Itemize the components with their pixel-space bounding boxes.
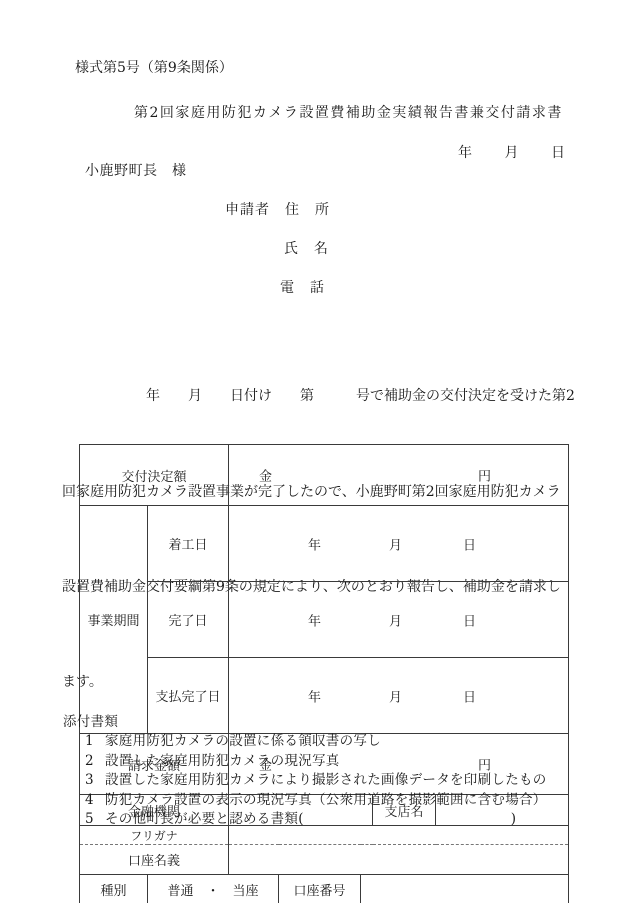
account-name-blank-cell — [229, 845, 569, 875]
applicant-name-label: 氏 名 — [284, 239, 329, 259]
item-number: 3 — [85, 771, 105, 790]
month-unit: 月 — [389, 610, 402, 629]
attachment-item-3: 3設置した家庭用防犯カメラにより撮影された画像データを印刷したもの — [63, 771, 603, 790]
grant-amount-label: 交付決定額 — [80, 445, 229, 506]
item-number: 4 — [85, 791, 105, 810]
account-type-options: 普通 ・ 当座 — [148, 875, 279, 903]
document-title: 第2回家庭用防犯カメラ設置費補助金実績報告書兼交付請求書 — [134, 103, 563, 123]
completion-date-label: 完了日 — [148, 582, 229, 658]
row-completion-date: 完了日 年 月 日 — [80, 582, 569, 658]
row-grant-amount: 交付決定額 金 円 — [80, 445, 569, 506]
account-name-label: 口座名義 — [80, 845, 229, 875]
document-page: { "colors": { "text": "#1a1a1a", "table_… — [0, 0, 630, 903]
form-number: 様式第5号（第9条関係） — [75, 58, 233, 78]
yen-prefix: 金 — [259, 466, 272, 485]
attachment-item-5: 5その他町長が必要と認める書類( ) — [63, 810, 603, 829]
account-number-label: 口座番号 — [279, 875, 361, 903]
addressee-mayor: 小鹿野町長 様 — [85, 161, 187, 181]
attachment-item-4: 4防犯カメラ設置の表示の現況写真（公衆用道路を撮影範囲に含む場合） — [63, 791, 603, 810]
grant-amount-value-cell: 金 円 — [229, 445, 569, 506]
item-text: 設置した家庭用防犯カメラの現況写真 — [105, 753, 340, 769]
item-text: 家庭用防犯カメラの設置に係る領収書の写し — [105, 733, 381, 749]
item-number: 2 — [85, 752, 105, 771]
date-placeholder-line: 年 月 日 — [458, 143, 567, 163]
start-date-value-cell: 年 月 日 — [229, 506, 569, 582]
item-text: その他町長が必要と認める書類( ) — [105, 811, 516, 827]
applicant-phone-label: 電 話 — [280, 278, 325, 298]
account-type-label: 種別 — [80, 875, 148, 903]
body-line-1: 年 月 日付け 第 号で補助金の交付決定を受けた第2 — [62, 381, 574, 413]
year-unit: 年 — [308, 610, 321, 629]
yen-suffix: 円 — [478, 466, 491, 485]
item-number: 1 — [85, 732, 105, 751]
applicant-address-label: 申請者 住 所 — [225, 200, 330, 220]
payment-request-table: 交付決定額 金 円 事業期間 着工日 年 月 日 完了日 年 月 日 支払完了日 — [79, 444, 569, 903]
day-unit: 日 — [463, 610, 476, 629]
item-text: 防犯カメラ設置の表示の現況写真（公衆用道路を撮影範囲に含む場合） — [105, 792, 547, 808]
day-unit: 日 — [463, 686, 476, 705]
attachments-heading: 添付書類 — [63, 713, 603, 732]
year-unit: 年 — [308, 534, 321, 553]
account-number-blank-cell — [361, 875, 569, 903]
item-number: 5 — [85, 810, 105, 829]
attachment-item-1: 1家庭用防犯カメラの設置に係る領収書の写し — [63, 732, 603, 751]
completion-date-value-cell: 年 月 日 — [229, 582, 569, 658]
row-account-type: 種別 普通 ・ 当座 口座番号 — [80, 875, 569, 903]
item-text: 設置した家庭用防犯カメラにより撮影された画像データを印刷したもの — [105, 772, 547, 788]
year-unit: 年 — [308, 686, 321, 705]
start-date-label: 着工日 — [148, 506, 229, 582]
month-unit: 月 — [389, 534, 402, 553]
month-unit: 月 — [389, 686, 402, 705]
project-period-label: 事業期間 — [80, 506, 148, 734]
row-account-name: 口座名義 — [80, 845, 569, 875]
row-start-date: 事業期間 着工日 年 月 日 — [80, 506, 569, 582]
attachments-section: 添付書類 1家庭用防犯カメラの設置に係る領収書の写し 2設置した家庭用防犯カメラ… — [63, 713, 603, 829]
day-unit: 日 — [463, 534, 476, 553]
attachment-item-2: 2設置した家庭用防犯カメラの現況写真 — [63, 752, 603, 771]
